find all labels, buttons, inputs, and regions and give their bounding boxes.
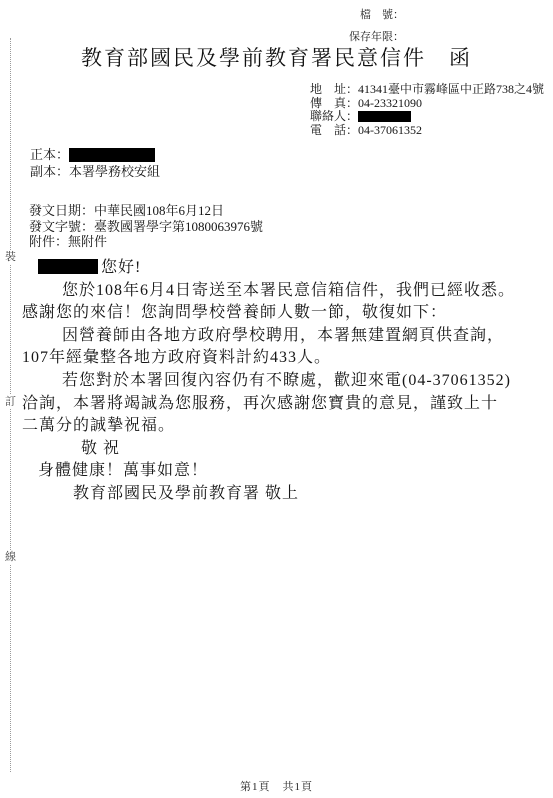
agency-address: 地 址：41341臺中市霧峰區中正路738之4號 [310,83,544,97]
greeting-line: 您好! [22,257,534,280]
agency-fax: 傳 真：04-23321090 [310,97,544,111]
redaction-box [69,148,155,162]
issuance-meta-block: 發文日期：中華民國108年6月12日 發文字號：臺教國署學字第108006397… [29,203,263,250]
redaction-box [358,111,411,122]
redaction-box [38,259,98,274]
binding-mark-xian: 線 [3,550,18,564]
body-line: 洽詢，本署將竭誠為您服務，再次感謝您寶貴的意見，謹致上十 [22,393,534,416]
attachment-line: 附件：無附件 [29,234,263,250]
body-line: 二萬分的誠摯祝福。 [22,415,534,438]
body-line: 若您對於本署回復內容仍有不瞭處，歡迎來電(04-37061352) [22,370,534,393]
file-number-label: 檔 號： [340,4,404,26]
binding-mark-ding: 訂 [3,395,18,409]
document-title: 教育部國民及學前教育署民意信件 函 [0,42,553,72]
greeting-text: 您好! [101,259,141,276]
agency-phone: 電 話：04-37061352 [310,124,544,138]
body-line: 您於108年6月4日寄送至本署民意信箱信件，我們已經收悉。 [22,280,534,303]
issue-date-line: 發文日期：中華民國108年6月12日 [29,203,263,219]
body-line: 因營養師由各地方政府學校聘用，本署無建置網頁供查詢， [22,325,534,348]
well-wish-line: 身體健康！萬事如意！ [22,460,534,483]
signature-line: 教育部國民及學前教育署 敬上 [22,483,534,506]
original-recipient-line: 正本： [30,146,160,163]
binding-mark-zhuang: 裝 [3,250,18,264]
agency-contact-person: 聯絡人： [310,110,544,124]
official-letter-page: 裝 訂 線 檔 號： 保存年限： 教育部國民及學前教育署民意信件 函 地 址：4… [0,0,553,798]
page-number-footer: 第1頁 共1頁 [0,778,553,794]
body-line: 107年經彙整各地方政府資料計約433人。 [22,347,534,370]
body-line: 感謝您的來信！您詢問學校營養師人數一節，敬復如下： [22,302,534,325]
letter-body: 您好! 您於108年6月4日寄送至本署民意信箱信件，我們已經收悉。 感謝您的來信… [22,257,534,506]
recipients-block: 正本： 副本：本署學務校安組 [30,146,160,180]
original-recipient-label: 正本： [30,147,69,162]
copy-recipient-line: 副本：本署學務校安組 [30,163,160,180]
contact-person-label: 聯絡人： [310,109,358,123]
doc-number-line: 發文字號：臺教國署學字第1080063976號 [29,219,263,235]
agency-contact-block: 地 址：41341臺中市霧峰區中正路738之4號 傳 真：04-23321090… [310,83,544,137]
salutation-line: 敬 祝 [22,438,534,461]
